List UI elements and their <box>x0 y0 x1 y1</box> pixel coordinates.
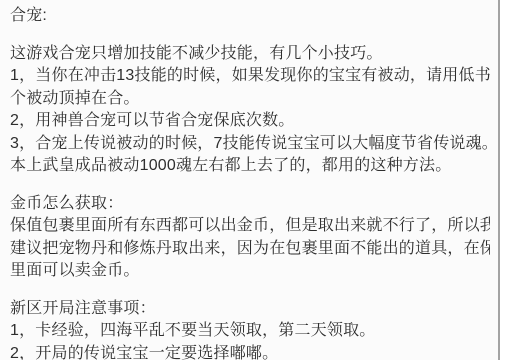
section-heading: 合宠: <box>10 5 490 28</box>
text-line: 建议把宠物丹和修炼丹取出来，因为在包裹里面不能出的道具，在保值 <box>10 238 490 261</box>
text-line: 这游戏合宠只增加技能不减少技能，有几个小技巧。 <box>10 43 490 66</box>
text-line: 里面可以卖金币。 <box>10 260 490 283</box>
section-heading: 新区开局注意事项： <box>10 298 490 321</box>
text-line: 1，当你在冲击13技能的时候，如果发现你的宝宝有被动，请用低书把这 <box>10 65 490 88</box>
paragraph-gold-coins: 金币怎么获取： 保值包裹里面所有东西都可以出金币，但是取出来就不行了，所以我不 … <box>10 193 490 283</box>
document-page: 合宠: 这游戏合宠只增加技能不减少技能，有几个小技巧。 1，当你在冲击13技能的… <box>0 0 498 360</box>
text-line: 个被动顶掉在合。 <box>10 88 490 111</box>
paragraph-pet-merge-heading: 合宠: <box>10 5 490 28</box>
text-line: 保值包裹里面所有东西都可以出金币，但是取出来就不行了，所以我不 <box>10 215 490 238</box>
paragraph-new-server-notes: 新区开局注意事项： 1，卡经验，四海平乱不要当天领取，第二天领取。 2，开局的传… <box>10 298 490 360</box>
paragraph-pet-merge-tips: 这游戏合宠只增加技能不减少技能，有几个小技巧。 1，当你在冲击13技能的时候，如… <box>10 43 490 178</box>
text-line: 2，开局的传说宝宝一定要选择嘟嘟。 <box>10 343 490 360</box>
text-line: 1，卡经验，四海平乱不要当天领取，第二天领取。 <box>10 320 490 343</box>
screenshot-root: 合宠: 这游戏合宠只增加技能不减少技能，有几个小技巧。 1，当你在冲击13技能的… <box>0 0 507 360</box>
text-line: 本上武皇成品被动1000魂左右都上去了的，都用的这种方法。 <box>10 155 490 178</box>
right-gutter <box>500 0 507 360</box>
text-line: 2，用神兽合宠可以节省合宠保底次数。 <box>10 110 490 133</box>
text-line: 3，合宠上传说被动的时候，7技能传说宝宝可以大幅度节省传说魂。基 <box>10 133 490 156</box>
section-heading: 金币怎么获取： <box>10 193 490 216</box>
